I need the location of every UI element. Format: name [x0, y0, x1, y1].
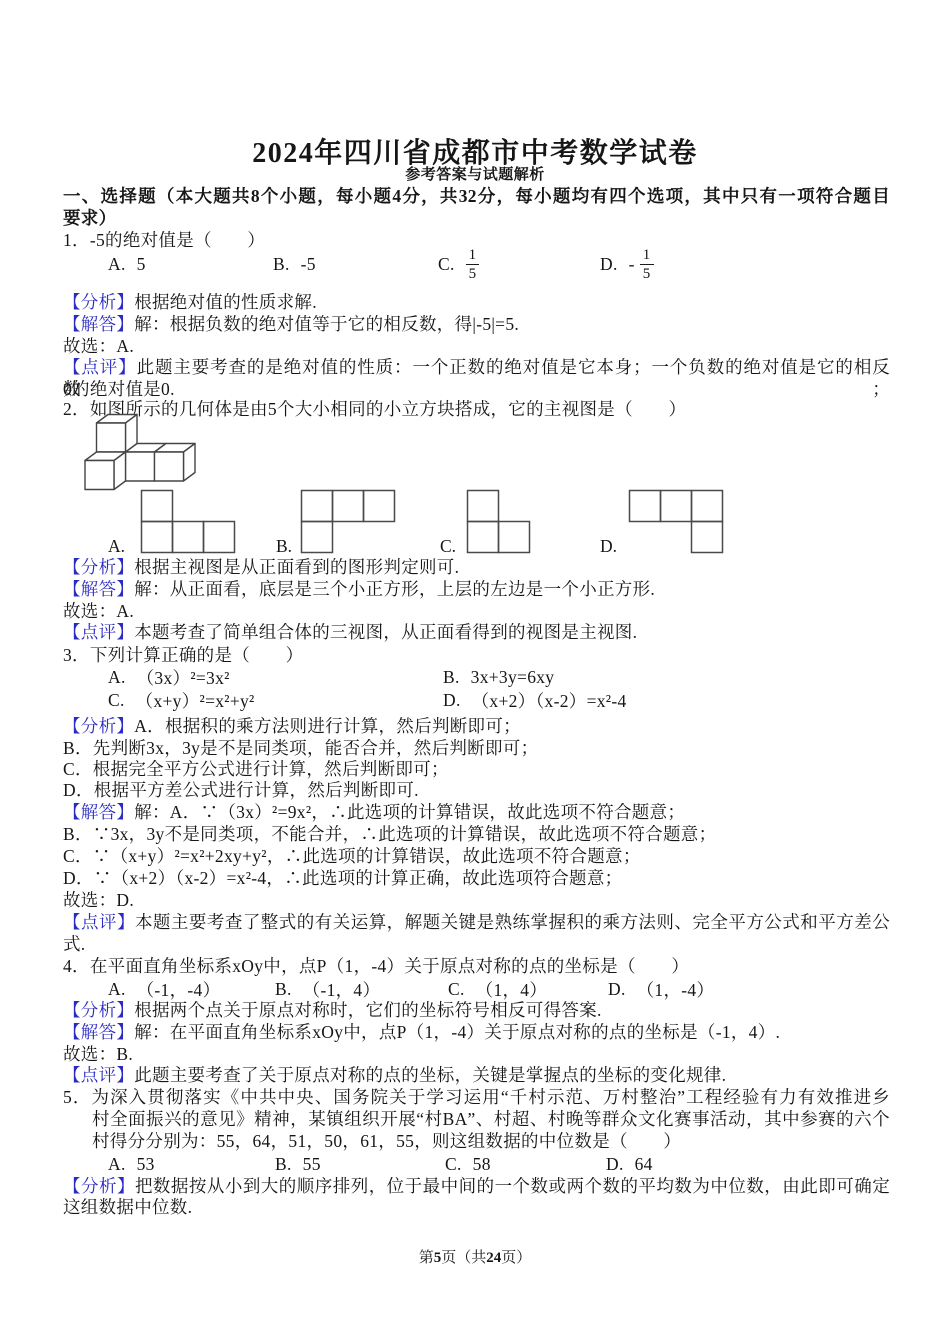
page-footer: 第5页（共24页） [0, 1246, 950, 1267]
q3-answer-line2: B．∵3x，3y不是同类项，不能合并，∴此选项的计算错误，故此选项不符合题意； [63, 824, 890, 846]
q4-stem: 4．在平面直角坐标系xOy中，点P（1，-4）关于原点对称的点的坐标是（ ） [63, 956, 890, 978]
q5-analysis-line1: 【分析】把数据按从小到大的顺序排列，位于最中间的一个数或两个数的平均数为中位数，… [63, 1176, 890, 1198]
q2-view-option-d-label: D. [600, 536, 617, 558]
q3-comment-line1: 【点评】本题主要考查了整式的有关运算，解题关键是熟练掌握积的乘方法则、完全平方公… [63, 912, 890, 934]
q4-comment: 【点评】此题主要考查了关于原点对称的点的坐标，关键是掌握点的坐标的变化规律. [63, 1065, 890, 1087]
q3-answer-line3: C．∵（x+y）²=x²+2xy+y²，∴此选项的计算错误，故此选项不符合题意； [63, 846, 890, 868]
q2-analysis: 【分析】根据主视图是从正面看到的图形判定则可. [63, 557, 890, 579]
q5-stem-line2: 村全面振兴的意见》精神，某镇组织开展“村BA”、村超、村晚等群众文化赛事活动，其… [92, 1109, 890, 1131]
q2-choice: 故选：A. [63, 601, 890, 623]
q1-option-c: C. 1 5 [438, 254, 479, 276]
q4-option-b: B. （-1，4） [275, 979, 380, 1001]
q2-view-option-b-figure [300, 489, 396, 554]
q4-option-a: A. （-1，-4） [108, 979, 220, 1001]
q3-answer-line1: 【解答】解：A．∵（3x）²=9x²，∴此选项的计算错误，故此选项不符合题意； [63, 802, 890, 824]
q2-view-option-a-figure [140, 489, 236, 554]
q3-analysis-line3: C．根据完全平方公式进行计算，然后判断即可； [63, 759, 890, 781]
q2-view-option-c-figure [466, 489, 531, 554]
q1-option-a-value: 5 [137, 254, 146, 275]
q5-stem-line3: 村得分分别为：55，64，51，50，61，55，则这组数据的中位数是（ ） [92, 1131, 890, 1153]
q4-option-d: D. （1，-4） [608, 979, 714, 1001]
q4-answer: 【解答】解：在平面直角坐标系xOy中，点P（1，-4）关于原点对称的点的坐标是（… [63, 1022, 890, 1044]
q4-analysis: 【分析】根据两个点关于原点对称时，它们的坐标符号相反可得答案. [63, 1000, 890, 1022]
q3-analysis-line4: D．根据平方差公式进行计算，然后判断即可. [63, 780, 890, 802]
q1-option-a: A. 5 [108, 254, 146, 276]
total-pages: 24 [486, 1250, 501, 1266]
q4-option-c: C. （1，4） [448, 979, 547, 1001]
q5-option-c: C. 58 [445, 1154, 491, 1176]
q3-analysis-line1: 【分析】A．根据积的乘方法则进行计算，然后判断即可； [63, 716, 890, 738]
exam-answer-page: 2024年四川省成都市中考数学试卷 参考答案与试题解析 一、选择题（本大题共8个… [0, 0, 950, 1344]
q5-option-d: D. 64 [606, 1154, 653, 1176]
fraction-negative-one-fifth: 1 5 [640, 246, 654, 283]
q1-comment-line2: 0的绝对值是0. [63, 379, 890, 401]
q1-choice: 故选：A. [63, 336, 890, 358]
q1-answer: 【解答】解：根据负数的绝对值等于它的相反数，得|-5|=5. [63, 314, 890, 336]
q3-option-b: B. 3x+3y=6xy [443, 667, 554, 689]
section-heading-line2: 要求） [63, 208, 890, 230]
q1-option-d: D. - 1 5 [600, 254, 654, 276]
q5-analysis-line2: 这组数据中位数. [63, 1197, 890, 1219]
q2-view-option-d-figure [628, 489, 724, 554]
q3-option-a: A. （3x）²=3x² [108, 667, 230, 689]
q2-comment: 【点评】本题考查了简单组合体的三视图，从正面看得到的视图是主视图. [63, 622, 890, 644]
q2-answer: 【解答】解：从正面看，底层是三个小正方形，上层的左边是一个小正方形. [63, 579, 890, 601]
q1-analysis: 【分析】根据绝对值的性质求解. [63, 292, 890, 314]
q3-choice: 故选：D. [63, 890, 890, 912]
q5-stem-line1: 5．为深入贯彻落实《中共中央、国务院关于学习运用“千村示范、万村整治”工程经验有… [63, 1087, 890, 1109]
fraction-one-fifth: 1 5 [466, 246, 480, 283]
q2-figure-3d-cubes [84, 413, 196, 493]
page-subtitle: 参考答案与试题解析 [0, 163, 950, 184]
q1-option-b: B. -5 [273, 254, 316, 276]
q1-option-b-value: -5 [301, 254, 316, 275]
q5-option-a: A. 53 [108, 1154, 155, 1176]
q2-view-option-b-label: B. [276, 536, 292, 558]
q3-analysis-line2: B．先判断3x，3y是不是同类项，能否合并，然后判断即可； [63, 738, 890, 760]
q4-choice: 故选：B. [63, 1044, 890, 1066]
section-heading-line1: 一、选择题（本大题共8个小题，每小题4分，共32分，每小题均有四个选项，其中只有… [63, 186, 890, 208]
q2-view-option-c-label: C. [440, 536, 456, 558]
q3-option-c: C. （x+y）²=x²+y² [108, 690, 255, 712]
q3-option-d: D. （x+2）（x-2）=x²-4 [443, 690, 627, 712]
q3-stem: 3．下列计算正确的是（ ） [63, 645, 890, 667]
q3-comment-line2: 式. [63, 934, 890, 956]
q5-option-b: B. 55 [275, 1154, 321, 1176]
q3-answer-line4: D．∵（x+2）（x-2）=x²-4，∴此选项的计算正确，故此选项符合题意； [63, 868, 890, 890]
q2-view-option-a-label: A. [108, 536, 125, 558]
